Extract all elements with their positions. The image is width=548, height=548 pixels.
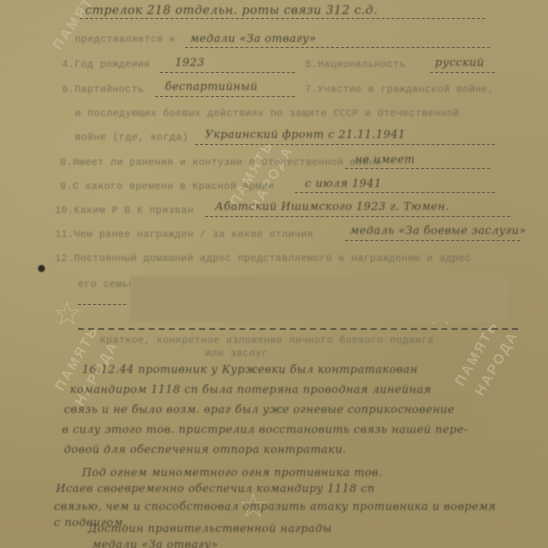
field-4-label: 4.Год рождения bbox=[62, 60, 150, 71]
field-7-label-line3: войне (где, когда) bbox=[75, 133, 188, 144]
fill-line bbox=[430, 72, 495, 73]
section-divider bbox=[78, 328, 518, 330]
narrative-line: связь и не было возм. враг был уже огнев… bbox=[64, 403, 455, 416]
field-6-label: 6.Партийность bbox=[62, 85, 144, 96]
narrative-line: командиром 1118 сп была потеряна проводн… bbox=[70, 383, 431, 396]
field-11-value: медаль «За боевые заслуги» bbox=[350, 224, 526, 237]
field-4-value: 1923 bbox=[175, 56, 205, 69]
fill-line bbox=[345, 240, 520, 241]
fill-line bbox=[195, 144, 495, 145]
narrative-line: связью, чем и способствовал отразить ата… bbox=[54, 500, 496, 513]
field-9-value: с июля 1941 bbox=[305, 177, 382, 190]
fill-line bbox=[185, 47, 490, 48]
field-12-label: 12.Постоянный домашний адрес представляе… bbox=[55, 254, 471, 265]
field-8-label: 8.Имеет ли ранения и контузии в Отечеств… bbox=[60, 158, 394, 169]
redacted-address-block bbox=[130, 276, 508, 322]
field-num: 5. bbox=[305, 60, 318, 71]
conclusion-line1: Достоин правительственной награды bbox=[88, 522, 332, 535]
field-12-label-line2: его семьи bbox=[78, 280, 135, 291]
section-title-line1: Краткое, конкретное изложение личного бо… bbox=[100, 336, 434, 347]
field-7-value: Украинский фронт с 21.11.1941 bbox=[205, 128, 406, 141]
narrative-line: Под огнем минометного огня противника то… bbox=[82, 466, 383, 479]
narrative-line: Исаев своевременно обеспечил командиру 1… bbox=[56, 482, 375, 495]
ink-blot bbox=[38, 265, 45, 272]
nominated-value: медали «За отвагу» bbox=[190, 32, 316, 45]
field-label: Национальность bbox=[318, 60, 406, 71]
field-num: 4. bbox=[62, 60, 75, 71]
section-title-line2: или заслуг bbox=[205, 349, 268, 360]
field-11-label: 11.Чем ранее награжден / за какие отличи… bbox=[55, 230, 313, 241]
fill-line bbox=[345, 168, 490, 169]
conclusion-line2: медали «За отвагу» bbox=[92, 538, 218, 548]
field-5-label: 5.Национальность bbox=[305, 60, 406, 71]
narrative-line: довой для обеспечения отпора контратаки. bbox=[64, 443, 346, 456]
fill-line bbox=[80, 18, 485, 19]
field-label: Год рождения bbox=[75, 60, 151, 71]
field-6-value: беспартийный bbox=[165, 80, 258, 93]
fill-line bbox=[155, 96, 295, 97]
narrative-line: 16.12.44 противник у Куржевки был контра… bbox=[82, 363, 418, 376]
fill-line bbox=[160, 72, 295, 73]
narrative-line: в силу этого тов. пристрелил восстановит… bbox=[62, 423, 468, 436]
field-num: 6. bbox=[62, 85, 75, 96]
field-10-label: 10.Каким Р В К призван bbox=[55, 206, 194, 217]
header-handwritten: стрелок 218 отдельн. роты связи 312 с.д. bbox=[85, 3, 378, 17]
field-label: Партийность bbox=[75, 85, 144, 96]
field-7-label-line1: 7.Участие в гражданской войне, bbox=[305, 85, 494, 96]
field-10-value: Абатский Ишимского 1923 г. Тюмен. bbox=[215, 200, 449, 213]
field-8-value: не имеет bbox=[355, 153, 415, 166]
nominated-label: представляется к bbox=[75, 35, 176, 46]
field-5-value: русский bbox=[435, 56, 484, 69]
fill-line bbox=[295, 192, 495, 193]
fill-line bbox=[78, 304, 126, 305]
field-9-label: 9.С какого времени в Красной Армии bbox=[60, 182, 274, 193]
field-7-label-line2: и последующих боевых действиях по защите… bbox=[75, 109, 459, 120]
fill-line bbox=[205, 216, 510, 217]
